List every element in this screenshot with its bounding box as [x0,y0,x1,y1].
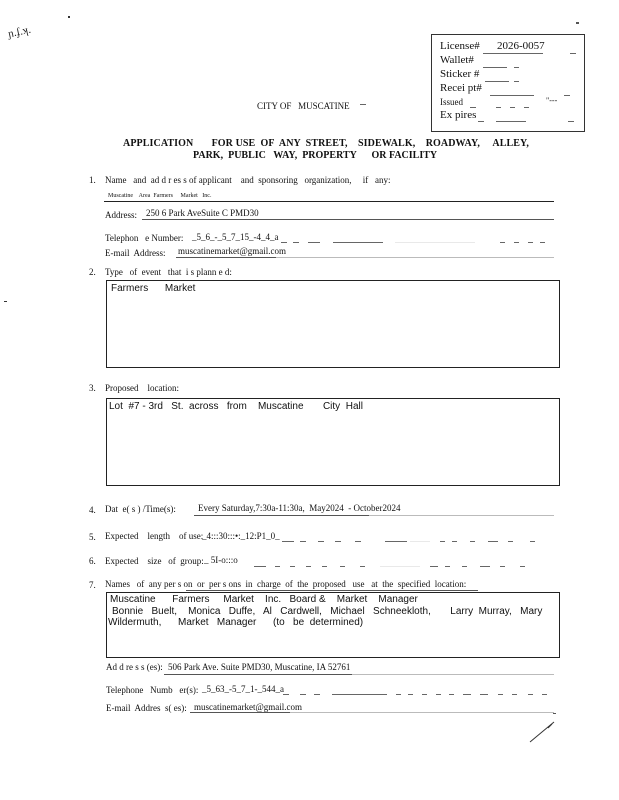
section-number-6: 6. [89,556,96,566]
telephone-value-7[interactable]: _5_63_-5_7_1-_544_a [202,684,284,694]
group-size-value[interactable]: _ 5I-o:::o [204,555,238,565]
email-value-1[interactable]: muscatinemarket@gmail.com [178,246,286,256]
location-label: Proposed location: [105,383,179,393]
section-number-3: 3. [89,383,96,393]
event-type-value[interactable]: Farmers Market [111,283,195,294]
group-size-label: Expected size of group: [105,556,204,566]
address-value-7[interactable]: 506 Park Ave. Suite PMD30, Muscatine, IA… [168,662,350,672]
length-value[interactable]: _4:::30:::•:_12:P1_0_ [202,531,280,541]
dates-value[interactable]: Every Saturday,7:30a-11:30a, May2024 - O… [198,503,401,513]
margin-speck [553,713,556,714]
telephone-value-1[interactable]: _5_6_-_5_7_15_-4_4_a [192,232,279,242]
section-number-5: 5. [89,532,96,542]
receipt-label: Recei pt# [440,82,482,94]
persons-line3[interactable]: Wildermuth, Market Manager (to be determ… [108,617,363,628]
email-label-7: E-mail Addres s( es): [106,703,187,713]
location-value[interactable]: Lot #7 - 3rd St. across from Muscatine C… [109,401,363,412]
section-number-1: 1. [89,175,96,185]
section-number-7: 7. [89,580,96,590]
address-label-1: Address: [105,210,137,220]
license-row: License# [440,40,480,52]
persons-line1[interactable]: Muscatine Farmers Market Inc. Board & Ma… [110,594,418,605]
handwritten-scribble: ɲ.ʄ.ʞ. [7,24,32,41]
margin-speck [576,22,579,24]
city-heading: CITY OF MUSCATINE [257,101,350,111]
pen-stroke-mark [528,718,558,744]
issued-label: Issued [440,97,463,107]
form-title-line1: APPLICATION FOR USE OF ANY STREET, SIDEW… [123,138,529,149]
email-label-1: E-mail Address: [105,248,166,258]
section-number-2: 2. [89,267,96,277]
address-value-1[interactable]: 250 6 Park AveSuite C PMD30 [146,208,259,218]
length-label: Expected length of use: [105,531,203,541]
event-type-label: Type of event that i s plann e d: [105,267,232,277]
license-value[interactable]: 2026-0057 [497,40,545,52]
sticker-label: Sticker # [440,68,479,80]
wallet-label: Wallet# [440,54,474,66]
email-value-7[interactable]: muscatinemarket@gmail.com [194,702,302,712]
telephone-label-1: Telephon e Number: [105,233,183,243]
expires-label: Ex pires [440,109,476,121]
margin-speck [68,16,70,18]
persons-line2[interactable]: Bonnie Buelt, Monica Duffe, Al Cardwell,… [112,606,542,617]
persons-in-charge-label: Names of any per s on or per s ons in ch… [105,579,466,589]
dates-label: Dat e( s ) /Time(s): [105,504,176,514]
telephone-label-7: Telephone Numb er(s): [106,685,198,695]
margin-speck [4,301,7,302]
address-label-7: Ad d re s s (es): [106,662,163,672]
organization-value[interactable]: Muscatine Area Farmers Market Inc. [108,193,211,199]
license-label: License# [440,40,480,52]
section-number-4: 4. [89,505,96,515]
form-title-line2: PARK, PUBLIC WAY, PROPERTY OR FACILITY [193,150,437,161]
applicant-label: Name and ad d r es s of applicant and sp… [105,175,391,185]
